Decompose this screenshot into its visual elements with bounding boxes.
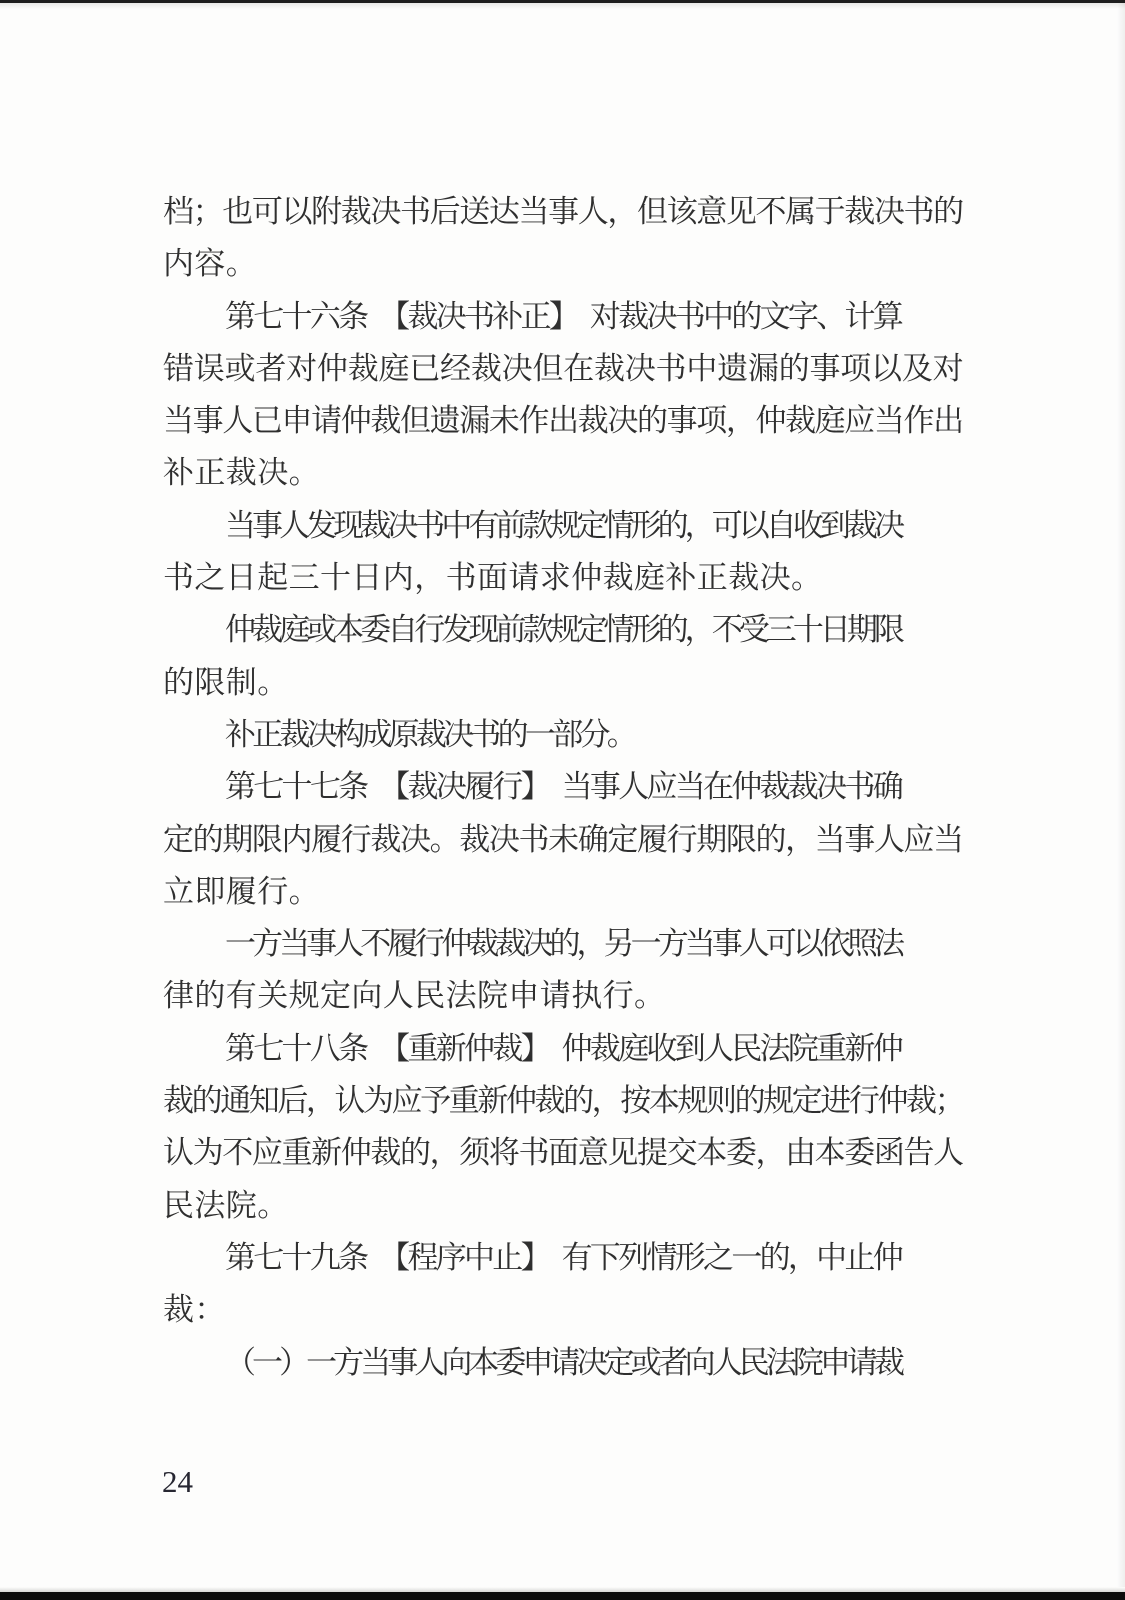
text-line: 当事人已申请仲裁但遗漏未作出裁决的事项，仲裁庭应当作出 <box>163 395 963 447</box>
page-number: 24 <box>162 1462 193 1502</box>
text-line: 定的期限内履行裁决。裁决书未确定履行期限的，当事人应当 <box>163 814 963 866</box>
text-line: 档；也可以附裁决书后送达当事人，但该意见不属于裁决书的 <box>163 186 963 238</box>
document-page: 档；也可以附裁决书后送达当事人，但该意见不属于裁决书的内容。第七十六条 【裁决书… <box>0 0 1125 1600</box>
text-line: 补正裁决构成原裁决书的一部分。 <box>163 709 963 761</box>
text-line: 第七十六条 【裁决书补正】 对裁决书中的文字、计算 <box>163 291 963 343</box>
document-text-block: 档；也可以附裁决书后送达当事人，但该意见不属于裁决书的内容。第七十六条 【裁决书… <box>163 186 963 1389</box>
text-line: 立即履行。 <box>163 866 963 918</box>
text-line: 当事人发现裁决书中有前款规定情形的，可以自收到裁决 <box>163 500 963 552</box>
scan-right-edge-shadow <box>1117 0 1125 1600</box>
text-line: 的限制。 <box>163 657 963 709</box>
text-line: 第七十八条 【重新仲裁】 仲裁庭收到人民法院重新仲 <box>163 1023 963 1075</box>
text-line: 第七十七条 【裁决履行】 当事人应当在仲裁裁决书确 <box>163 761 963 813</box>
text-line: 第七十九条 【程序中止】 有下列情形之一的，中止仲 <box>163 1232 963 1284</box>
text-line: 内容。 <box>163 238 963 290</box>
text-line: 民法院。 <box>163 1180 963 1232</box>
text-line: 书之日起三十日内，书面请求仲裁庭补正裁决。 <box>163 552 963 604</box>
text-line: 裁： <box>163 1284 963 1336</box>
scan-top-edge-shadow <box>0 3 1125 9</box>
text-line: 一方当事人不履行仲裁裁决的，另一方当事人可以依照法 <box>163 918 963 970</box>
text-line: （一）一方当事人向本委申请决定或者向人民法院申请裁 <box>163 1337 963 1389</box>
text-line: 认为不应重新仲裁的，须将书面意见提交本委，由本委函告人 <box>163 1127 963 1179</box>
text-line: 错误或者对仲裁庭已经裁决但在裁决书中遗漏的事项以及对 <box>163 343 963 395</box>
text-line: 裁的通知后，认为应予重新仲裁的，按本规则的规定进行仲裁； <box>163 1075 963 1127</box>
text-line: 补正裁决。 <box>163 447 963 499</box>
scan-bottom-edge <box>0 1592 1125 1600</box>
text-line: 律的有关规定向人民法院申请执行。 <box>163 970 963 1022</box>
text-line: 仲裁庭或本委自行发现前款规定情形的，不受三十日期限 <box>163 604 963 656</box>
